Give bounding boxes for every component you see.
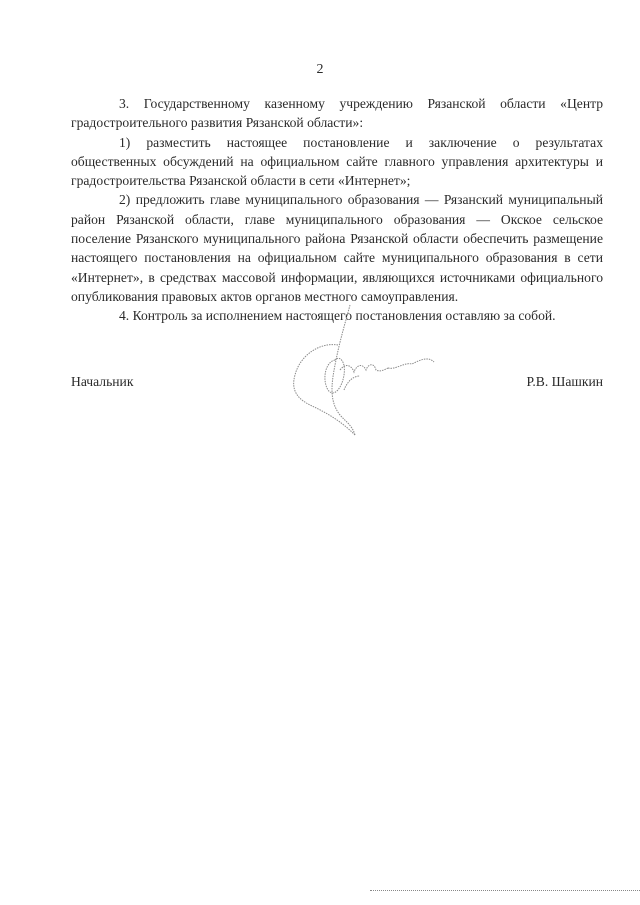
page-number: 2 xyxy=(0,62,640,78)
paragraph-subitem-1: 1) разместить настоящее постановление и … xyxy=(71,133,603,191)
paragraph-item-3: 3. Государственному казенному учреждению… xyxy=(71,94,603,133)
scan-edge-line xyxy=(370,890,640,892)
signatory-name: Р.В. Шашкин xyxy=(527,374,604,390)
handwritten-signature-icon xyxy=(280,300,440,440)
document-body: 3. Государственному казенному учреждению… xyxy=(71,94,603,326)
paragraph-subitem-2: 2) предложить главе муниципального образ… xyxy=(71,190,603,306)
signatory-title: Начальник xyxy=(71,374,133,390)
